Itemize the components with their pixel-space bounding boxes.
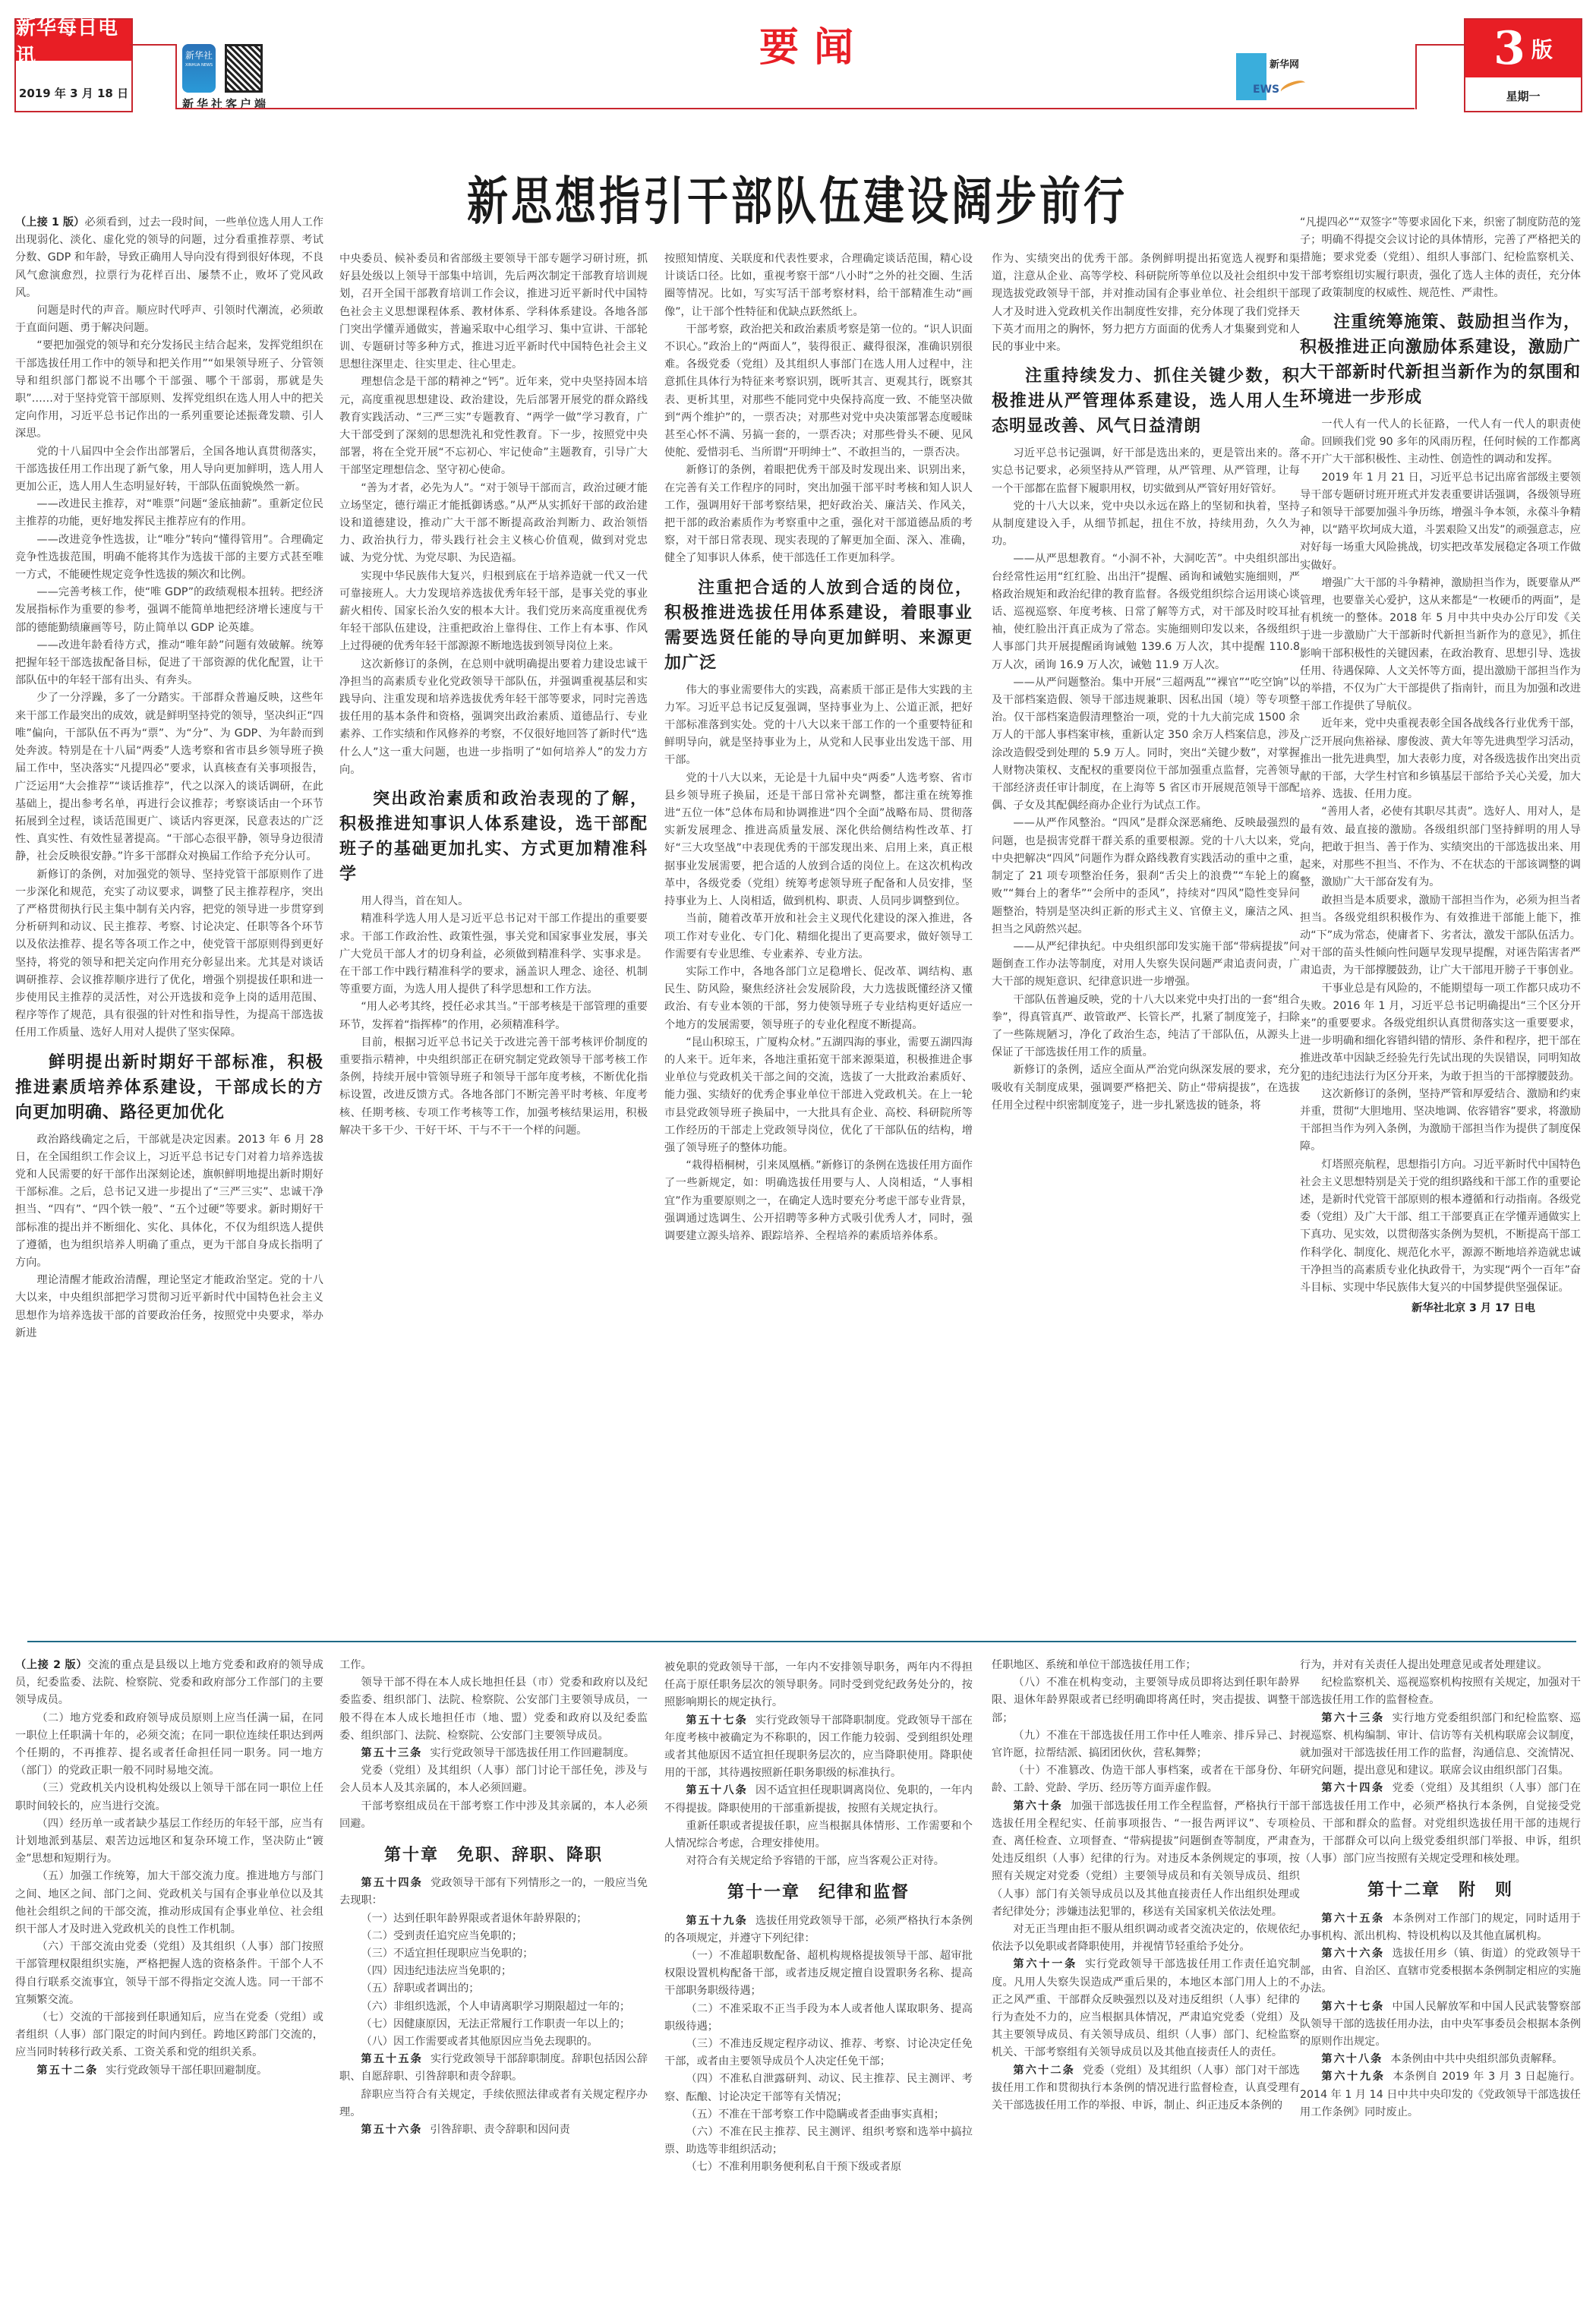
article-paragraph: 第六十三条实行地方党委组织部门和纪检监察、巡视巡察、机构编制、审计、信访等有关机… [1300,1710,1581,1781]
paragraph: ——从严思想教育。“小洞不补，大洞吃苦”。中央组织部出台经常性运用“红红脸、出出… [992,550,1300,673]
xinhuanet-logo-icon: 新华网 EWS [1236,53,1304,100]
paragraph: 纪检监察机关、巡视巡察机构按照有关规定，加强对干部选拔任用工作的监督检查。 [1300,1674,1581,1709]
paragraph: 新修订的条例，着眼把优秀干部及时发现出来、识别出来，在完善有关工作程序的同时，突… [664,462,973,567]
paragraph: 重新任职或者提拔任职，应当根据具体情形、工作需要和个人情况综合考虑，合理安排使用… [664,1818,973,1853]
article-paragraph: 第五十六条引咎辞职、责令辞职和因问责 [339,2121,648,2139]
article-paragraph: 第六十六条选拔任用乡（镇、街道）的党政领导干部，由省、自治区、直辖市党委根据本条… [1300,1945,1581,1998]
paragraph: 党的十八大以来，无论是十九届中央“两委”人选考察、省市县乡领导班子换届，还是干部… [664,770,973,911]
regulation-column-1: （上接 2 版）交流的重点是县级以上地方党委和政府的领导成员，纪委监委、法院、检… [15,1657,323,2080]
section-heading: 突出政治素质和政治表现的了解，积极推进知事识人体系建设，选干部配班子的基础更加扎… [339,787,648,887]
paragraph: 新修订的条例，适应全面从严治党向纵深发展的要求，充分吸收有关制度成果，强调要严格… [992,1061,1300,1115]
paragraph: “栽得梧桐树，引来凤凰栖。”新修订的条例在选拔任用方面作了一些新规定，如：明确选… [664,1157,973,1245]
app-icon-label: 新华社 [185,50,213,61]
article-column-5: “凡提四必”“双签字”等要求固化下来，织密了制度防范的笼子；明确不得提交会议讨论… [1300,214,1581,1317]
section-divider [27,1641,1576,1642]
paragraph: （五）加强工作统筹，加大干部交流力度。推进地方与部门之间、地区之间、部门之间、党… [15,1868,323,1938]
frame-rule [1415,44,1417,109]
list-item: （十）不准篡改、伪造干部人事档案，或者在干部身份、年龄、工龄、党龄、学历、经历等… [992,1762,1300,1797]
regulation-column-4: 任职地区、系统和单位干部选拔任用工作； （八）不准在机构变动，主要领导成员即将达… [992,1657,1300,2115]
paragraph: 对无正当理由拒不服从组织调动或者交流决定的，依规依纪依法予以免职或者降职使用，并… [992,1921,1300,1956]
paragraph-text: 党委（党组）及其组织（人事）部门在干部选拔任用工作中，必须严格执行本条例，自觉接… [1300,1782,1581,1865]
list-item: （五）辞职或者调出的； [339,1980,648,1998]
masthead-right-box: 3 版 星期一 [1464,18,1582,112]
article-paragraph: 第六十八条本条例由中共中央组织部负责解释。 [1300,2051,1581,2068]
paragraph: 这次新修订的条例，在总则中就明确提出要着力建设忠诚干净担当的高素质专业化党政领导… [339,656,648,779]
section-title: 要闻 [759,15,869,72]
paragraph: 习近平总书记强调，好干部是选出来的，更是管出来的。落实总书记要求，必须坚持从严管… [992,445,1300,498]
weekday: 星期一 [1465,88,1581,104]
header-rule [177,108,1415,109]
article-number: 第六十四条 [1321,1782,1384,1794]
article-number: 第五十八条 [686,1784,748,1796]
paragraph-text: 实行党政领导干部选拔任用工作回避制度。 [430,1747,635,1759]
paragraph: 新修订的条例，对加强党的领导、坚持党管干部原则作了进一步深化和规范，充实了动议要… [15,866,323,1042]
paragraph: 实际工作中，各地各部门立足稳增长、促改革、调结构、惠民生、防风险，聚焦经济社会发… [664,964,973,1034]
list-item: （三）不准违反规定程序动议、推荐、考察、讨论决定任免干部，或者由主要领导成员个人… [664,2036,973,2071]
regulation-column-3: 被免职的党政领导干部，一年内不安排领导职务，两年内不得担任高于原任职务层次的领导… [664,1659,973,2177]
list-item: （八）不准在机构变动，主要领导成员即将达到任职年龄界限、退休年龄界限或者已经明确… [992,1674,1300,1727]
paragraph: 党的十八大以来，党中央以永远在路上的坚韧和执着，坚持从制度建设入手，从细节抓起，… [992,498,1300,551]
paragraph: 干部考察，政治把关和政治素质考察是第一位的。“识人识面不识心。”政治上的“两面人… [664,321,973,462]
section-heading: 注重持续发力、抓住关键少数，积极推进从严管理体系建设，选人用人生态明显改善、风气… [992,364,1300,439]
chapter-heading: 第十章 免职、辞职、降职 [339,1847,648,1864]
paragraph: 工作。 [339,1657,648,1674]
paragraph: 被免职的党政领导干部，一年内不安排领导职务，两年内不得担任高于原任职务层次的领导… [664,1659,973,1712]
issue-date: 2019 年 3 月 18 日 [16,85,131,101]
list-item: （四）不准私自泄露研判、动议、民主推荐、民主测评、考察、酝酿、讨论决定干部等有关… [664,2071,973,2105]
article-paragraph: 第六十条加强干部选拔任用工作全程监督，严格执行干部选拔任用全程纪实、任前事项报告… [992,1798,1300,1921]
paragraph: “昆山积琼玉，广厦构众材。”五湖四海的事业，需要五湖四海的人来干。近年来，各地注… [664,1034,973,1157]
paragraph: 政治路线确定之后，干部就是决定因素。2013 年 6 月 28 日，在全国组织工… [15,1131,323,1273]
list-item: （四）因违纪违法应当免职的； [339,1963,648,1980]
paragraph: 目前，根据习近平总书记关于改进完善干部考核评价制度的重要指示精神，中央组织部正在… [339,1034,648,1140]
article-column-3: 按照知情度、关联度和代表性要求，合理确定谈话范围，精心设计谈话口径。比如，重视考… [664,251,973,1245]
page-number-block: 3 版 [1465,20,1581,77]
list-item: （八）因工作需要或者其他原因应当免去现职的。 [339,2033,648,2051]
article-paragraph: 第五十四条党政领导干部有下列情形之一的，一般应当免去现职： [339,1875,648,1910]
paragraph: “善为才者，必先为人”。“对于领导干部而言，政治过硬才能立场坚定，德行端正才能抵… [339,480,648,568]
regulation-column-2: 工作。 领导干部不得在本人成长地担任县（市）党委和政府以及纪委监委、组织部门、法… [339,1657,648,2139]
article-paragraph: 第六十七条中国人民解放军和中国人民武装警察部队领导干部的选拔任用办法，由中央军事… [1300,1998,1581,2052]
list-item: （七）因健康原因，无法正常履行工作职责一年以上的； [339,2016,648,2033]
paragraph: （二）地方党委和政府领导成员原则上应当任满一届，在同一职位上任职满十年的，必须交… [15,1710,323,1781]
list-item: （六）非组织选派，个人申请离职学习期限超过一年的； [339,1998,648,2016]
article-number: 第六十五条 [1321,1913,1384,1925]
article-paragraph: 第五十五条实行党政领导干部辞职制度。辞职包括因公辞职、自愿辞职、引咎辞职和责令辞… [339,2051,648,2086]
main-headline: 新思想指引干部队伍建设阔步前行 [387,161,1207,234]
article-number: 第六十九条 [1321,2071,1385,2083]
article-number: 第六十条 [1013,1800,1063,1812]
article-number: 第五十二条 [36,2064,98,2077]
article-number: 第五十九条 [686,1915,748,1927]
paragraph: 增强广大干部的斗争精神，激励担当作为，既要靠从严管理，也要靠关心爱护，这从来都是… [1300,575,1581,716]
chapter-heading: 第十一章 纪律和监督 [664,1884,973,1901]
frame-rule [1415,44,1464,46]
article-column-1: （上接 1 版）必须看到，过去一段时间，一些单位选人用人工作出现弱化、淡化、虚化… [15,214,323,1342]
article-paragraph: 第六十一条实行党政领导干部选拔任用工作责任追究制度。凡用人失察失误造成严重后果的… [992,1956,1300,2061]
paragraph: 任职地区、系统和单位干部选拔任用工作； [992,1657,1300,1674]
list-item: （二）不准采取不正当手段为本人或者他人谋取职务、提高职级待遇； [664,2001,973,2036]
paragraph: 按照知情度、关联度和代表性要求，合理确定谈话范围，精心设计谈话口径。比如，重视考… [664,251,973,321]
frame-rule [130,44,176,46]
paragraph: （上接 2 版）交流的重点是县级以上地方党委和政府的领导成员，纪委监委、法院、检… [15,1657,323,1710]
list-item: （一）达到任职年龄界限或者退休年龄界限的； [339,1910,648,1928]
paragraph: 近年来，党中央重视表彰全国各战线各行业优秀干部，广泛开展向焦裕禄、廖俊波、黄大年… [1300,715,1581,803]
frame-rule [175,44,177,109]
paragraph: 一代人有一代人的长征路，一代人有一代人的职责使命。回顾我们党 90 多年的风雨历… [1300,416,1581,469]
dateline: 新华社北京 3 月 17 日电 [1300,1300,1581,1317]
paragraph: 干事业总是有风险的，不能期望每一项工作都只成功不失败。2016 年 1 月，习近… [1300,980,1581,1086]
article-number: 第五十七条 [686,1714,748,1727]
paragraph-text: 实行党政领导干部任职回避制度。 [106,2064,267,2077]
article-column-4: 作为、实绩突出的优秀干部。条例鲜明提出拓宽选人视野和渠道，注意从企业、高等学校、… [992,251,1300,1115]
app-icon-sublabel: XINHUA NEWS [182,63,216,68]
paragraph: 问题是时代的声音。顺应时代呼声、引领时代潮流，必须敢于直面问题、勇于解决问题。 [15,302,323,337]
xinhua-app-icon[interactable]: 新华社 XINHUA NEWS [182,44,216,93]
paragraph: “善用人者，必使有其职尽其责”。选好人、用对人，是最有效、最直接的激励。各级组织… [1300,803,1581,891]
paragraph: 中央委员、候补委员和省部级主要领导干部专题学习研讨班，抓好县处级以上领导干部集中… [339,251,648,374]
article-number: 第六十八条 [1321,2053,1383,2065]
list-item: （二）受到责任追究应当免职的； [339,1928,648,1945]
paragraph: 理想信念是干部的精神之“钙”。近年来，党中央坚持固本培元，高度重视思想建设、政治… [339,374,648,479]
paragraph: 2019 年 1 月 21 日，习近平总书记出席省部级主要领导干部专题研讨班开班… [1300,469,1581,575]
article-number: 第六十七条 [1321,2001,1384,2013]
paragraph: “凡提四必”“双签字”等要求固化下来，织密了制度防范的笼子；明确不得提交会议讨论… [1300,214,1581,302]
paragraph: 领导干部不得在本人成长地担任县（市）党委和政府以及纪委监委、组织部门、法院、检察… [339,1674,648,1745]
article-paragraph: 第六十二条党委（党组）及其组织（人事）部门对干部选拔任用工作和贯彻执行本条例的情… [992,2062,1300,2115]
paragraph: 当前，随着改革开放和社会主义现代化建设的深入推进，各项工作对专业化、专门化、精细… [664,910,973,964]
logo-en-text: EWS [1253,84,1279,96]
page-number: 3 [1493,22,1525,75]
paragraph: 党的十八届四中全会作出部署后，全国各地认真贯彻落实，干部选拔任用工作出现了新气象… [15,443,323,497]
section-heading: 注重统筹施策、鼓励担当作为，积极推进正向激励体系建设，激励广大干部新时代新担当新… [1300,310,1581,410]
list-item: （九）不准在干部选拔任用工作中任人唯亲、排斥异己、封官许愿，拉帮结派、搞团团伙伙… [992,1727,1300,1762]
logo-cn-text: 新华网 [1270,56,1299,71]
regulation-column-5: 行为，并对有关责任人提出处理意见或者处理建议。 纪检监察机关、巡视巡察机构按照有… [1300,1657,1581,2121]
article-number: 第五十四条 [361,1877,423,1889]
list-item: （七）不准利用职务便利私自干预下级或者原 [664,2159,973,2176]
article-paragraph: 第六十五条本条例对工作部门的规定，同时适用于办事机构、派出机构、特设机构以及其他… [1300,1910,1581,1945]
paragraph: 少了一分浮躁，多了一分踏实。干部群众普遍反映，这些年来干部工作最突出的成效，就是… [15,689,323,866]
article-number: 第五十五条 [361,2053,423,2065]
article-paragraph: 第五十九条选拔任用党政领导干部，必须严格执行本条例的各项规定，并遵守下列纪律： [664,1913,973,1948]
paragraph: ——从严纪律执纪。中央组织部印发实施干部“带病提拔”问题倒查工作办法等制度，对用… [992,938,1300,992]
paragraph: ——改进年龄看待方式，推动“唯年龄”问题有效破解。统筹把握年轻干部选拔配备目标，… [15,637,323,690]
article-number: 第六十一条 [1013,1958,1077,1970]
paragraph: “用人必考其终，授任必求其当。”干部考核是干部管理的重要环节，发挥着“指挥棒”的… [339,998,648,1033]
article-number: 第五十三条 [361,1747,422,1759]
paragraph-text: 引咎辞职、责令辞职和因问责 [430,2124,569,2136]
paragraph-text: 实行党政领导干部选拔任用工作责任追究制度。凡用人失察失误造成严重后果的，本地区本… [992,1958,1300,2058]
paragraph: 干部考察组成员在干部考察工作中涉及其亲属的，本人必须回避。 [339,1798,648,1833]
article-number: 第六十六条 [1321,1948,1384,1960]
article-column-2: 中央委员、候补委员和省部级主要领导干部专题学习研讨班，抓好县处级以上领导干部集中… [339,251,648,1140]
continued-from-label: （上接 1 版） [15,216,84,229]
paragraph: 这次新修订的条例，坚持严管和厚爱结合、激励和约束并重，贯彻“大胆地用、坚决地调、… [1300,1086,1581,1156]
paragraph: （六）干部交流由党委（党组）及其组织（人事）部门按照干部管理权限组织实施，严格把… [15,1938,323,2009]
paragraph: ——从严作风整治。“四风”是群众深恶痛绝、反映最强烈的问题，也是损害党群干群关系… [992,815,1300,938]
paragraph: （上接 1 版）必须看到，过去一段时间，一些单位选人用人工作出现弱化、淡化、虚化… [15,214,323,302]
masthead-left-box: 新华每日电讯 2019 年 3 月 18 日 [14,18,133,112]
page-unit: 版 [1531,33,1553,64]
article-paragraph: 第五十三条实行党政领导干部选拔任用工作回避制度。 [339,1745,648,1762]
article-number: 第五十六条 [361,2124,422,2136]
paragraph: （七）交流的干部接到任职通知后，应当在党委（党组）或者组织（人事）部门限定的时间… [15,2009,323,2062]
paragraph: （四）经历单一或者缺少基层工作经历的年轻干部，应当有计划地派到基层、艰苦边远地区… [15,1815,323,1869]
article-paragraph: 第五十二条实行党政领导干部任职回避制度。 [15,2062,323,2080]
qr-code-icon[interactable] [225,44,263,93]
paragraph: 行为，并对有关责任人提出处理意见或者处理建议。 [1300,1657,1581,1674]
paragraph: 作为、实绩突出的优秀干部。条例鲜明提出拓宽选人视野和渠道，注意从企业、高等学校、… [992,251,1300,356]
paragraph-text: 必须看到，过去一段时间，一些单位选人用人工作出现弱化、淡化、虚化党的领导的问题，… [15,216,323,299]
paragraph: 干部队伍普遍反映，党的十八大以来党中央打出的一套“组合拳”，得真管真严、敢管敢严… [992,992,1300,1062]
paragraph: ——完善考核工作，使“唯 GDP”的政绩观根本扭转。把经济发展指标作为重要的参考… [15,584,323,637]
paragraph: 用人得当，首在知人。 [339,893,648,910]
paragraph: 伟大的事业需要伟大的实践，高素质干部正是伟大实践的主力军。习近平总书记反复强调，… [664,682,973,770]
list-item: （六）不准在民主推荐、民主测评、组织考察和选举中搞拉票、助选等非组织活动； [664,2124,973,2159]
paragraph: 实现中华民族伟大复兴，归根到底在于培养造就一代又一代可靠接班人。大力发现培养选拔… [339,568,648,656]
article-number: 第六十三条 [1321,1712,1384,1724]
article-paragraph: 第六十四条党委（党组）及其组织（人事）部门在干部选拔任用工作中，必须严格执行本条… [1300,1780,1581,1868]
paragraph: 对符合有关规定给予容错的干部，应当客观公正对待。 [664,1853,973,1870]
paragraph-text: 本条例由中共中央组织部负责解释。 [1390,2053,1563,2065]
paragraph: 灯塔照亮航程，思想指引方向。习近平新时代中国特色社会主义思想特别是关于党的组织路… [1300,1156,1581,1298]
continued-from-label: （上接 2 版） [15,1659,87,1671]
article-number: 第六十二条 [1013,2064,1075,2077]
chapter-heading: 第十二章 附 则 [1300,1881,1581,1899]
section-heading: 鲜明提出新时期好干部标准，积极推进素质培养体系建设，干部成长的方向更加明确、路径… [15,1050,323,1125]
paragraph: “要把加强党的领导和充分发扬民主结合起来，发挥党组织在干部选拔任用工作中的领导和… [15,337,323,443]
paragraph: （三）党政机关内设机构处级以上领导干部在同一职位上任职时间较长的，应当进行交流。 [15,1780,323,1815]
paragraph-text: 加强干部选拔任用工作全程监督，严格执行干部选拔任用全程纪实、任前事项报告、“一报… [992,1800,1300,1918]
paragraph: ——从严问题整治。集中开展“三超两乱”“裸官”“吃空饷”以及干部档案造假、领导干… [992,674,1300,815]
list-item: （一）不准超职数配备、超机构规格提拔领导干部、超审批权限设置机构配备干部，或者违… [664,1948,973,2001]
list-item: （五）不准在干部考察工作中隐瞒或者歪曲事实真相； [664,2106,973,2124]
article-paragraph: 第六十九条本条例自 2019 年 3 月 3 日起施行。2014 年 1 月 1… [1300,2068,1581,2121]
article-paragraph: 第五十八条因不适宜担任现职调离岗位、免职的，一年内不得提拔。降职使用的干部重新提… [664,1782,973,1817]
paragraph: 党委（党组）及其组织（人事）部门讨论干部任免，涉及与会人员本人及其亲属的，本人必… [339,1762,648,1797]
newspaper-name: 新华每日电讯 [16,20,131,61]
article-paragraph: 第五十七条实行党政领导干部降职制度。党政领导干部在年度考核中被确定为不称职的，因… [664,1712,973,1783]
paragraph: 理论清醒才能政治清醒，理论坚定才能政治坚定。党的十八大以来，中央组织部把学习贯彻… [15,1272,323,1342]
paragraph: ——改进竞争性选拔，让“唯分”转向“懂得管用”。合理确定竞争性选拔范围，明确不能… [15,531,323,585]
paragraph: 精准科学选人用人是习近平总书记对干部工作提出的重要要求。干部工作政治性、政策性强… [339,910,648,998]
list-item: （三）不适宜担任现职应当免职的； [339,1945,648,1963]
paragraph: 辞职应当符合有关规定，手续依照法律或者有关规定程序办理。 [339,2086,648,2121]
paragraph: 敢担当是本质要求，激励干部担当作为，必须为担当者担当。各级党组织积极作为、有效推… [1300,892,1581,980]
paragraph: ——改进民主推荐，对“唯票”问题“釜底抽薪”。重新定位民主推荐的功能，更好地发挥… [15,496,323,531]
section-heading: 注重把合适的人放到合适的岗位，积极推进选拔任用体系建设，着眼事业需要选贤任能的导… [664,576,973,676]
